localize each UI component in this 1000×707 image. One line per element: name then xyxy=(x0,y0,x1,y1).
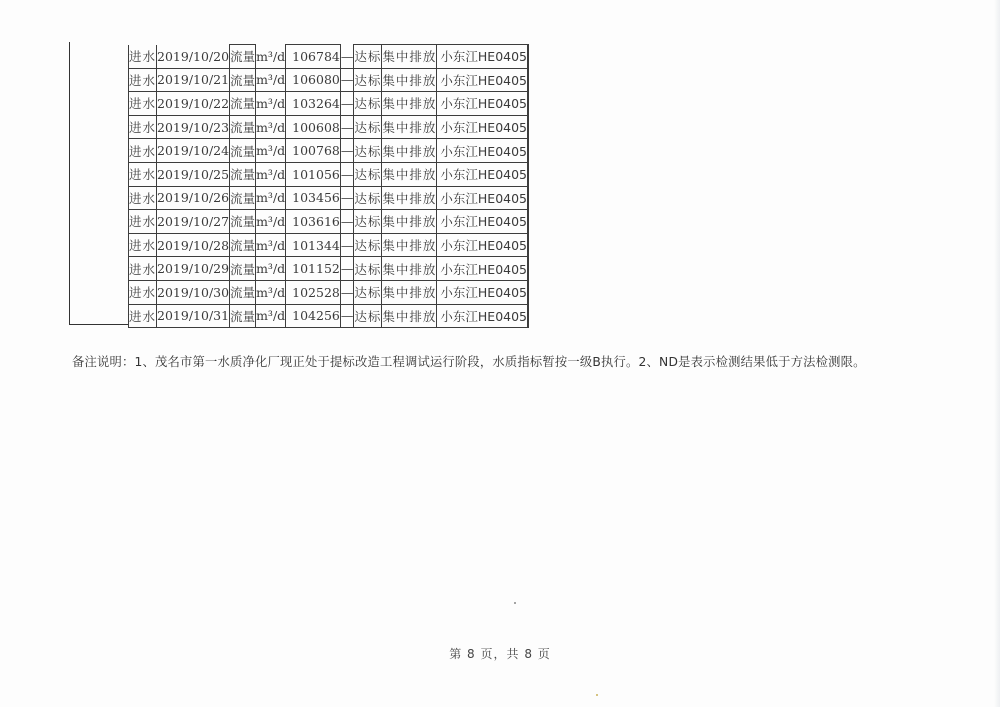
cell-limit: — xyxy=(340,304,354,328)
cell-value: 106784 xyxy=(286,45,341,69)
cell-evaluation: 达标 xyxy=(354,210,382,234)
cell-unit: m³/d xyxy=(256,280,286,304)
cell-value: 102528 xyxy=(286,280,341,304)
cell-discharge-mode: 集中排放 xyxy=(382,45,437,69)
cell-receiving-water: 小东江HE0405 xyxy=(437,304,528,328)
table-row: 进水2019/10/31流量m³/d104256—达标集中排放小东江HE0405 xyxy=(129,304,529,328)
cell-evaluation: 达标 xyxy=(354,233,382,257)
cell-value: 100768 xyxy=(286,139,341,163)
cell-parameter: 流量 xyxy=(230,257,256,281)
cell-date: 2019/10/20 xyxy=(157,45,230,69)
cell-discharge-mode: 集中排放 xyxy=(382,139,437,163)
cell-discharge-mode: 集中排放 xyxy=(382,257,437,281)
cell-evaluation: 达标 xyxy=(354,304,382,328)
table-row: 进水2019/10/29流量m³/d101152—达标集中排放小东江HE0405 xyxy=(129,257,529,281)
cell-type: 进水 xyxy=(129,162,157,186)
cell-remark xyxy=(528,304,529,328)
cell-unit: m³/d xyxy=(256,186,286,210)
table-row: 进水2019/10/25流量m³/d101056—达标集中排放小东江HE0405 xyxy=(129,162,529,186)
cell-limit: — xyxy=(340,92,354,116)
cell-limit: — xyxy=(340,233,354,257)
table-row: 进水2019/10/26流量m³/d103456—达标集中排放小东江HE0405 xyxy=(129,186,529,210)
cell-type: 进水 xyxy=(129,45,157,69)
cell-type: 进水 xyxy=(129,68,157,92)
cell-date: 2019/10/25 xyxy=(157,162,230,186)
cell-type: 进水 xyxy=(129,304,157,328)
cell-value: 103456 xyxy=(286,186,341,210)
cell-value: 101056 xyxy=(286,162,341,186)
cell-remark xyxy=(528,115,529,139)
cell-unit: m³/d xyxy=(256,233,286,257)
table-row: 进水2019/10/22流量m³/d103264—达标集中排放小东江HE0405 xyxy=(129,92,529,116)
cell-remark xyxy=(528,162,529,186)
cell-remark xyxy=(528,139,529,163)
cell-parameter: 流量 xyxy=(230,280,256,304)
cell-date: 2019/10/23 xyxy=(157,115,230,139)
table-row: 进水2019/10/24流量m³/d100768—达标集中排放小东江HE0405 xyxy=(129,139,529,163)
cell-receiving-water: 小东江HE0405 xyxy=(437,210,528,234)
cell-type: 进水 xyxy=(129,115,157,139)
cell-parameter: 流量 xyxy=(230,45,256,69)
cell-receiving-water: 小东江HE0405 xyxy=(437,186,528,210)
cell-parameter: 流量 xyxy=(230,92,256,116)
remarks-note: 备注说明：1、茂名市第一水质净化厂现正处于提标改造工程调试运行阶段，水质指标暂按… xyxy=(72,352,866,370)
cell-remark xyxy=(528,257,529,281)
cell-receiving-water: 小东江HE0405 xyxy=(437,139,528,163)
cell-limit: — xyxy=(340,186,354,210)
cell-remark xyxy=(528,210,529,234)
cell-evaluation: 达标 xyxy=(354,162,382,186)
cell-unit: m³/d xyxy=(256,68,286,92)
table-row: 进水2019/10/30流量m³/d102528—达标集中排放小东江HE0405 xyxy=(129,280,529,304)
cell-discharge-mode: 集中排放 xyxy=(382,280,437,304)
cell-evaluation: 达标 xyxy=(354,45,382,69)
cell-discharge-mode: 集中排放 xyxy=(382,210,437,234)
cell-evaluation: 达标 xyxy=(354,139,382,163)
cell-value: 101344 xyxy=(286,233,341,257)
cell-remark xyxy=(528,280,529,304)
cell-unit: m³/d xyxy=(256,210,286,234)
cell-evaluation: 达标 xyxy=(354,115,382,139)
cell-value: 103616 xyxy=(286,210,341,234)
cell-parameter: 流量 xyxy=(230,162,256,186)
cell-receiving-water: 小东江HE0405 xyxy=(437,233,528,257)
cell-date: 2019/10/28 xyxy=(157,233,230,257)
cell-limit: — xyxy=(340,210,354,234)
cell-value: 106080 xyxy=(286,68,341,92)
cell-date: 2019/10/26 xyxy=(157,186,230,210)
cell-evaluation: 达标 xyxy=(354,280,382,304)
cell-unit: m³/d xyxy=(256,304,286,328)
cell-parameter: 流量 xyxy=(230,115,256,139)
cell-value: 103264 xyxy=(286,92,341,116)
table-row: 进水2019/10/28流量m³/d101344—达标集中排放小东江HE0405 xyxy=(129,233,529,257)
table-outer-left-border xyxy=(69,42,70,325)
cell-date: 2019/10/22 xyxy=(157,92,230,116)
cell-date: 2019/10/21 xyxy=(157,68,230,92)
cell-type: 进水 xyxy=(129,139,157,163)
cell-parameter: 流量 xyxy=(230,233,256,257)
cell-discharge-mode: 集中排放 xyxy=(382,92,437,116)
cell-date: 2019/10/27 xyxy=(157,210,230,234)
monitoring-data-table: 进水2019/10/20流量m³/d106784—达标集中排放小东江HE0405… xyxy=(128,44,529,328)
cell-limit: — xyxy=(340,68,354,92)
cell-type: 进水 xyxy=(129,210,157,234)
scan-speck xyxy=(596,694,598,696)
cell-evaluation: 达标 xyxy=(354,186,382,210)
cell-parameter: 流量 xyxy=(230,139,256,163)
cell-value: 104256 xyxy=(286,304,341,328)
cell-unit: m³/d xyxy=(256,45,286,69)
cell-unit: m³/d xyxy=(256,139,286,163)
cell-limit: — xyxy=(340,257,354,281)
cell-receiving-water: 小东江HE0405 xyxy=(437,45,528,69)
cell-parameter: 流量 xyxy=(230,68,256,92)
cell-limit: — xyxy=(340,280,354,304)
cell-date: 2019/10/24 xyxy=(157,139,230,163)
table-row: 进水2019/10/20流量m³/d106784—达标集中排放小东江HE0405 xyxy=(129,45,529,69)
cell-type: 进水 xyxy=(129,186,157,210)
cell-date: 2019/10/31 xyxy=(157,304,230,328)
cell-receiving-water: 小东江HE0405 xyxy=(437,92,528,116)
cell-parameter: 流量 xyxy=(230,210,256,234)
cell-discharge-mode: 集中排放 xyxy=(382,186,437,210)
cell-discharge-mode: 集中排放 xyxy=(382,115,437,139)
cell-date: 2019/10/30 xyxy=(157,280,230,304)
cell-parameter: 流量 xyxy=(230,304,256,328)
cell-remark xyxy=(528,68,529,92)
cell-value: 101152 xyxy=(286,257,341,281)
cell-receiving-water: 小东江HE0405 xyxy=(437,257,528,281)
cell-receiving-water: 小东江HE0405 xyxy=(437,162,528,186)
cell-limit: — xyxy=(340,162,354,186)
cell-discharge-mode: 集中排放 xyxy=(382,68,437,92)
cell-evaluation: 达标 xyxy=(354,257,382,281)
table-row: 进水2019/10/23流量m³/d100608—达标集中排放小东江HE0405 xyxy=(129,115,529,139)
cell-value: 100608 xyxy=(286,115,341,139)
cell-receiving-water: 小东江HE0405 xyxy=(437,115,528,139)
cell-evaluation: 达标 xyxy=(354,92,382,116)
scan-speck xyxy=(514,602,516,604)
cell-limit: — xyxy=(340,115,354,139)
cell-remark xyxy=(528,186,529,210)
cell-parameter: 流量 xyxy=(230,186,256,210)
table-row: 进水2019/10/21流量m³/d106080—达标集中排放小东江HE0405 xyxy=(129,68,529,92)
cell-type: 进水 xyxy=(129,280,157,304)
cell-remark xyxy=(528,45,529,69)
cell-receiving-water: 小东江HE0405 xyxy=(437,68,528,92)
cell-evaluation: 达标 xyxy=(354,68,382,92)
table-body: 进水2019/10/20流量m³/d106784—达标集中排放小东江HE0405… xyxy=(129,45,529,328)
table-outer-bottom-border xyxy=(69,324,129,325)
cell-unit: m³/d xyxy=(256,115,286,139)
cell-type: 进水 xyxy=(129,257,157,281)
cell-unit: m³/d xyxy=(256,92,286,116)
cell-receiving-water: 小东江HE0405 xyxy=(437,280,528,304)
cell-unit: m³/d xyxy=(256,257,286,281)
cell-discharge-mode: 集中排放 xyxy=(382,233,437,257)
cell-discharge-mode: 集中排放 xyxy=(382,162,437,186)
cell-remark xyxy=(528,233,529,257)
page-number-footer: 第 8 页，共 8 页 xyxy=(0,645,1000,662)
cell-type: 进水 xyxy=(129,233,157,257)
scan-edge-shadow xyxy=(994,0,1000,707)
cell-discharge-mode: 集中排放 xyxy=(382,304,437,328)
cell-type: 进水 xyxy=(129,92,157,116)
cell-date: 2019/10/29 xyxy=(157,257,230,281)
cell-remark xyxy=(528,92,529,116)
cell-limit: — xyxy=(340,45,354,69)
table-row: 进水2019/10/27流量m³/d103616—达标集中排放小东江HE0405 xyxy=(129,210,529,234)
cell-limit: — xyxy=(340,139,354,163)
cell-unit: m³/d xyxy=(256,162,286,186)
